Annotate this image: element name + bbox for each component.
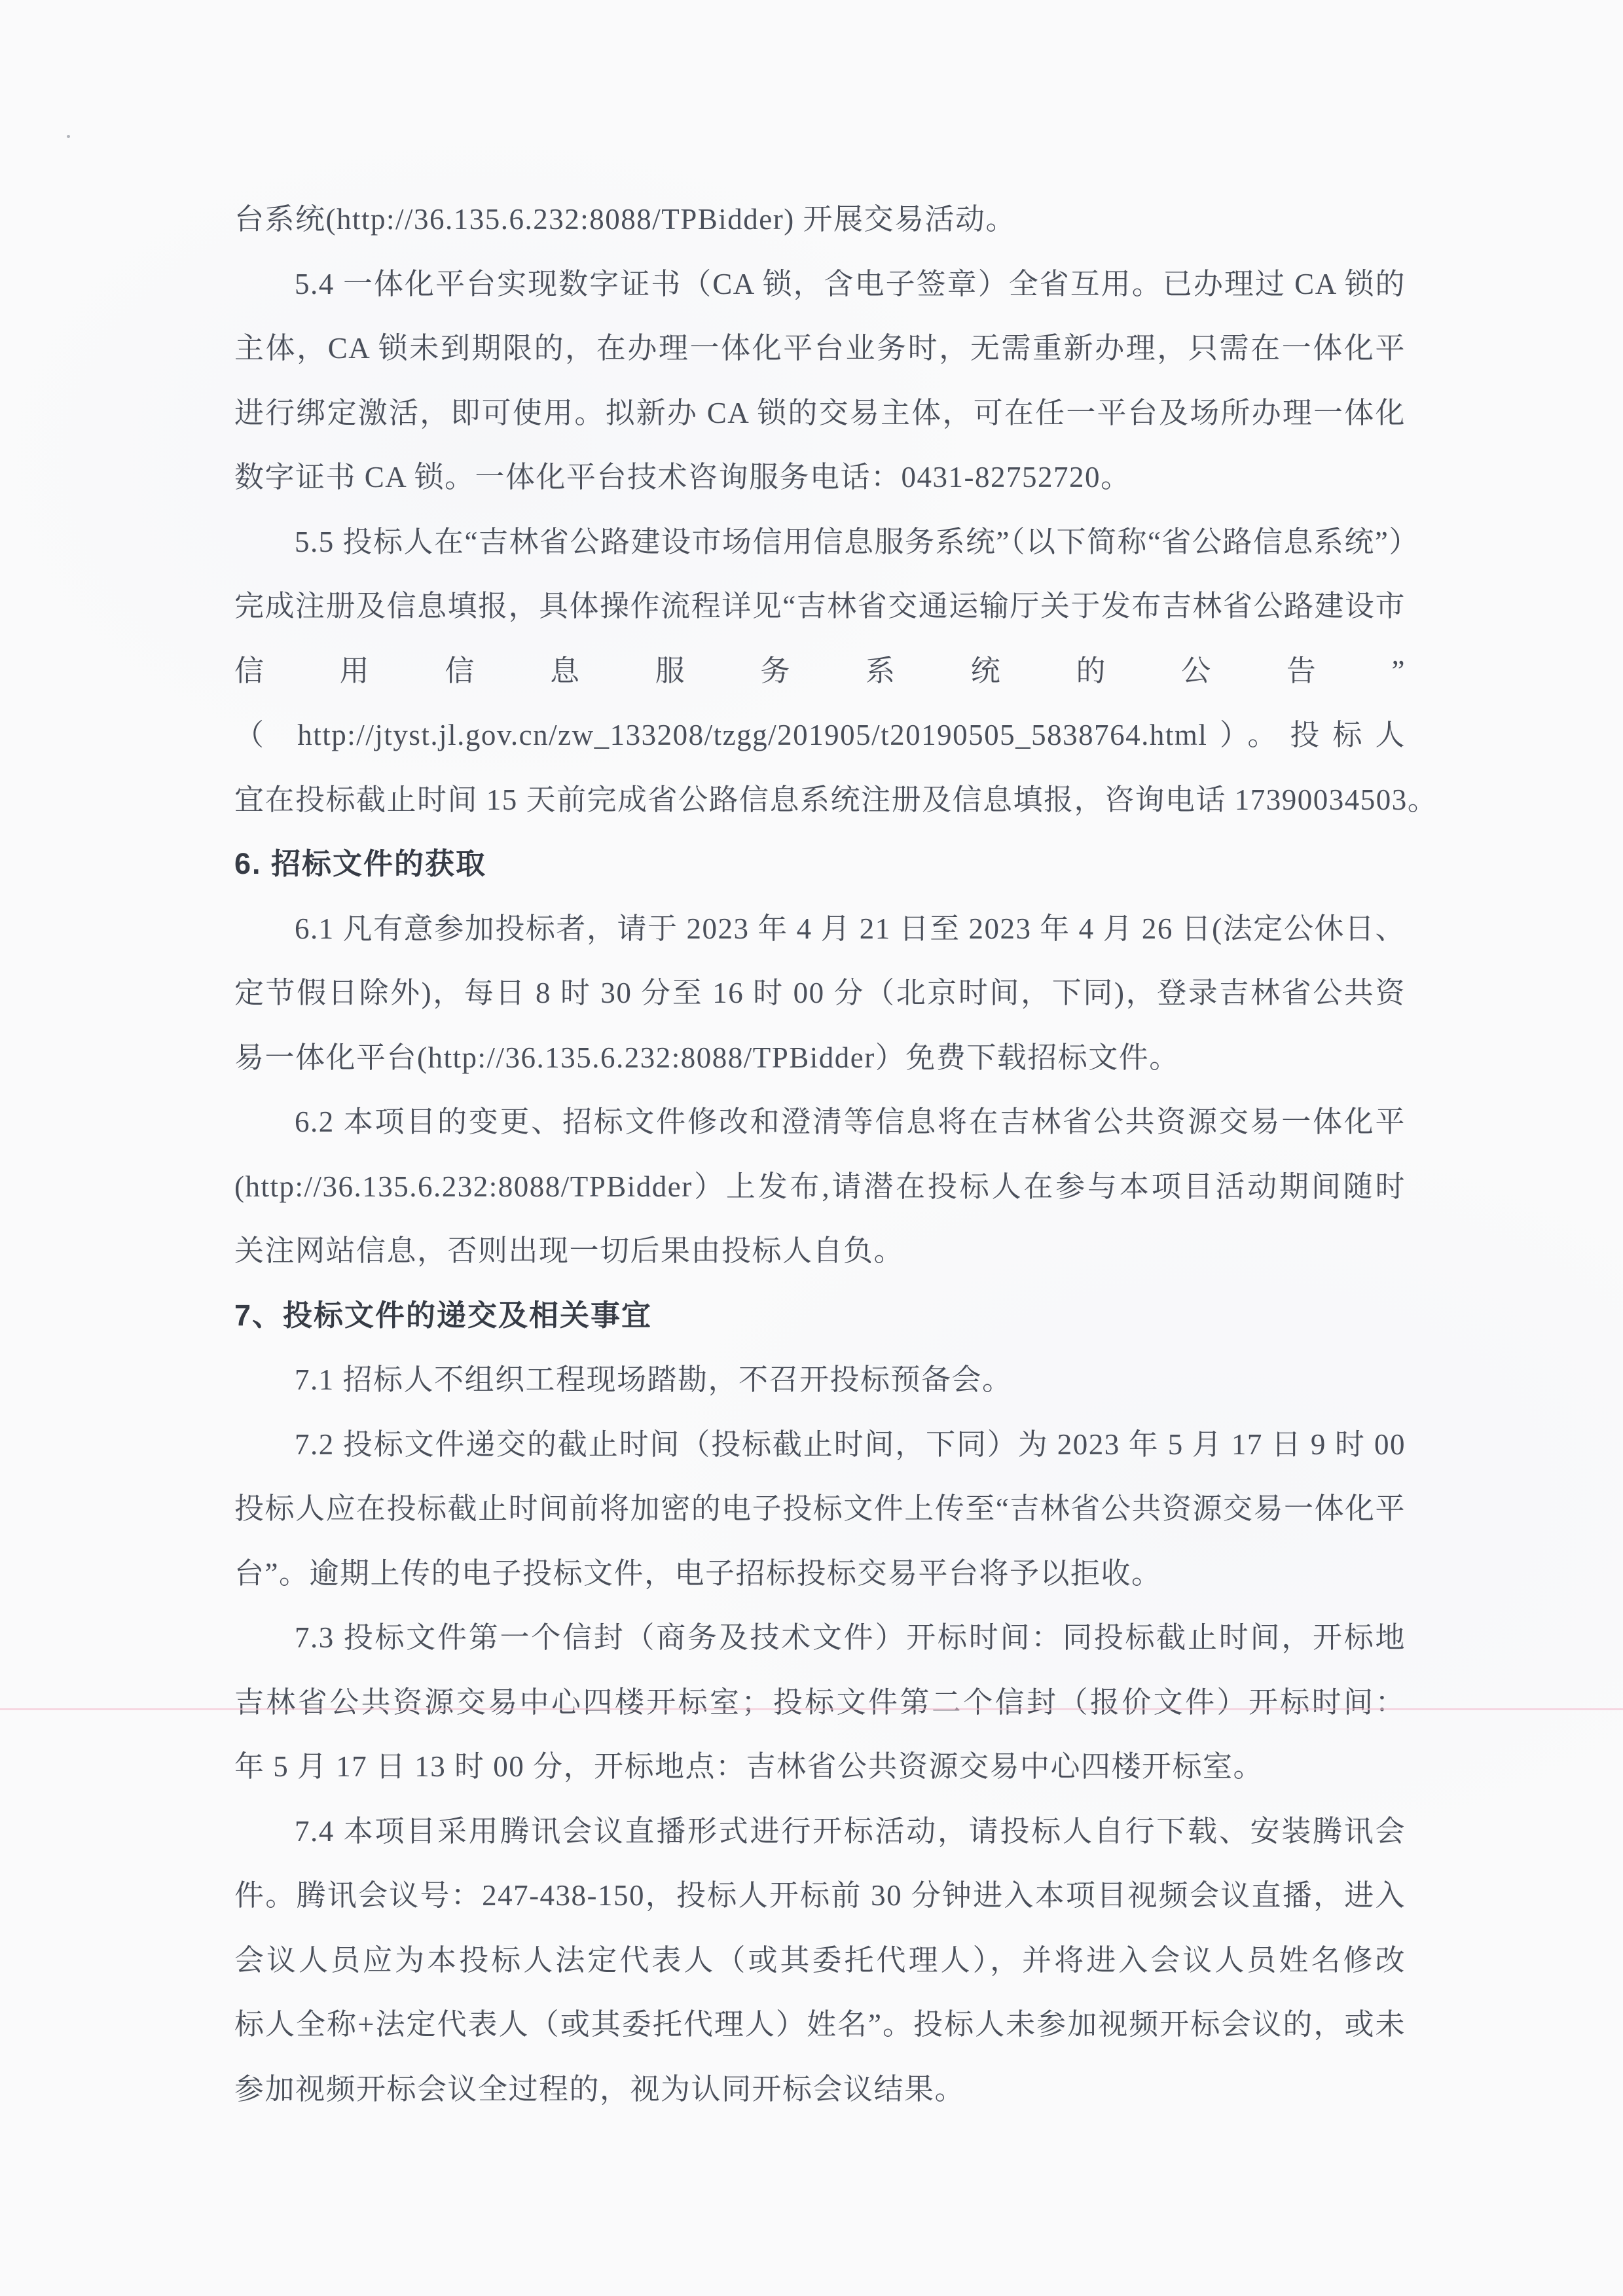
doc-line: 投标人应在投标截止时间前将加密的电子投标文件上传至“吉林省公共资源交易一体化平 [234, 1477, 1406, 1541]
doc-line: 宜在投标截止时间 15 天前完成省公路信息系统注册及信息填报，咨询电话 1739… [234, 768, 1406, 833]
doc-line: 6.1 凡有意参加投标者，请于 2023 年 4 月 21 日至 2023 年 … [234, 897, 1406, 961]
doc-line: 5.4 一体化平台实现数字证书（CA 锁，含电子签章）全省互用。已办理过 CA … [234, 252, 1406, 317]
doc-line: 5.5 投标人在“吉林省公路建设市场信用信息服务系统”（以下简称“省公路信息系统… [234, 510, 1406, 575]
doc-line: 标人全称+法定代表人（或其委托代理人）姓名”。投标人未参加视频开标会议的，或未完… [234, 1992, 1406, 2057]
doc-line: 关注网站信息，否则出现一切后果由投标人自负。 [234, 1219, 1406, 1283]
scan-speck-artifact [67, 135, 70, 138]
doc-line: 件。腾讯会议号：247-438-150，投标人开标前 30 分钟进入本项目视频会… [234, 1863, 1406, 1928]
doc-line: 吉林省公共资源交易中心四楼开标室；投标文件第二个信封（报价文件）开标时间：202… [234, 1670, 1406, 1735]
scanned-document-page: 台系统(http://36.135.6.232:8088/TPBidder) 开… [0, 0, 1623, 2296]
doc-line: 7.2 投标文件递交的截止时间（投标截止时间，下同）为 2023 年 5 月 1… [234, 1412, 1406, 1477]
doc-line: 会议人员应为本投标人法定代表人（或其委托代理人），并将进入会议人员姓名修改为“投 [234, 1928, 1406, 1993]
doc-line: 易一体化平台(http://36.135.6.232:8088/TPBidder… [234, 1026, 1406, 1090]
scan-pink-line-artifact [0, 1708, 1623, 1710]
doc-line: 定节假日除外)，每日 8 时 30 分至 16 时 00 分（北京时间，下同)，… [234, 961, 1406, 1026]
doc-line: 7.1 招标人不组织工程现场踏勘，不召开投标预备会。 [234, 1348, 1406, 1412]
section-6-heading: 6. 招标文件的获取 [234, 832, 1406, 897]
doc-line: 完成注册及信息填报，具体操作流程详见“吉林省交通运输厅关于发布吉林省公路建设市场 [234, 574, 1406, 639]
doc-line: 台”。逾期上传的电子投标文件，电子招标投标交易平台将予以拒收。 [234, 1541, 1406, 1606]
doc-line: 参加视频开标会议全过程的，视为认同开标会议结果。 [234, 2057, 1406, 2122]
doc-line: 数字证书 CA 锁。一体化平台技术咨询服务电话：0431-82752720。 [234, 445, 1406, 510]
doc-line: 进行绑定激活，即可使用。拟新办 CA 锁的交易主体，可在任一平台及场所办理一体化… [234, 381, 1406, 446]
doc-line-url: （ http://jtyst.jl.gov.cn/zw_133208/tzgg/… [234, 703, 1406, 768]
doc-line: 台系统(http://36.135.6.232:8088/TPBidder) 开… [234, 187, 1406, 252]
doc-line: 7.4 本项目采用腾讯会议直播形式进行开标活动，请投标人自行下载、安装腾讯会议软 [234, 1799, 1406, 1864]
doc-line: 主体，CA 锁未到期限的，在办理一体化平台业务时，无需重新办理，只需在一体化平台… [234, 316, 1406, 381]
doc-line: 6.2 本项目的变更、招标文件修改和澄清等信息将在吉林省公共资源交易一体化平台 [234, 1090, 1406, 1155]
section-7-heading: 7、投标文件的递交及相关事宜 [234, 1283, 1406, 1348]
document-text-block: 台系统(http://36.135.6.232:8088/TPBidder) 开… [234, 187, 1406, 2121]
doc-line: 年 5 月 17 日 13 时 00 分，开标地点：吉林省公共资源交易中心四楼开… [234, 1734, 1406, 1799]
doc-line: 信用信息服务系统的公告” [234, 639, 1406, 704]
doc-line-url: (http://36.135.6.232:8088/TPBidder）上发布,请… [234, 1155, 1406, 1219]
doc-line: 7.3 投标文件第一个信封（商务及技术文件）开标时间：同投标截止时间，开标地点： [234, 1605, 1406, 1670]
